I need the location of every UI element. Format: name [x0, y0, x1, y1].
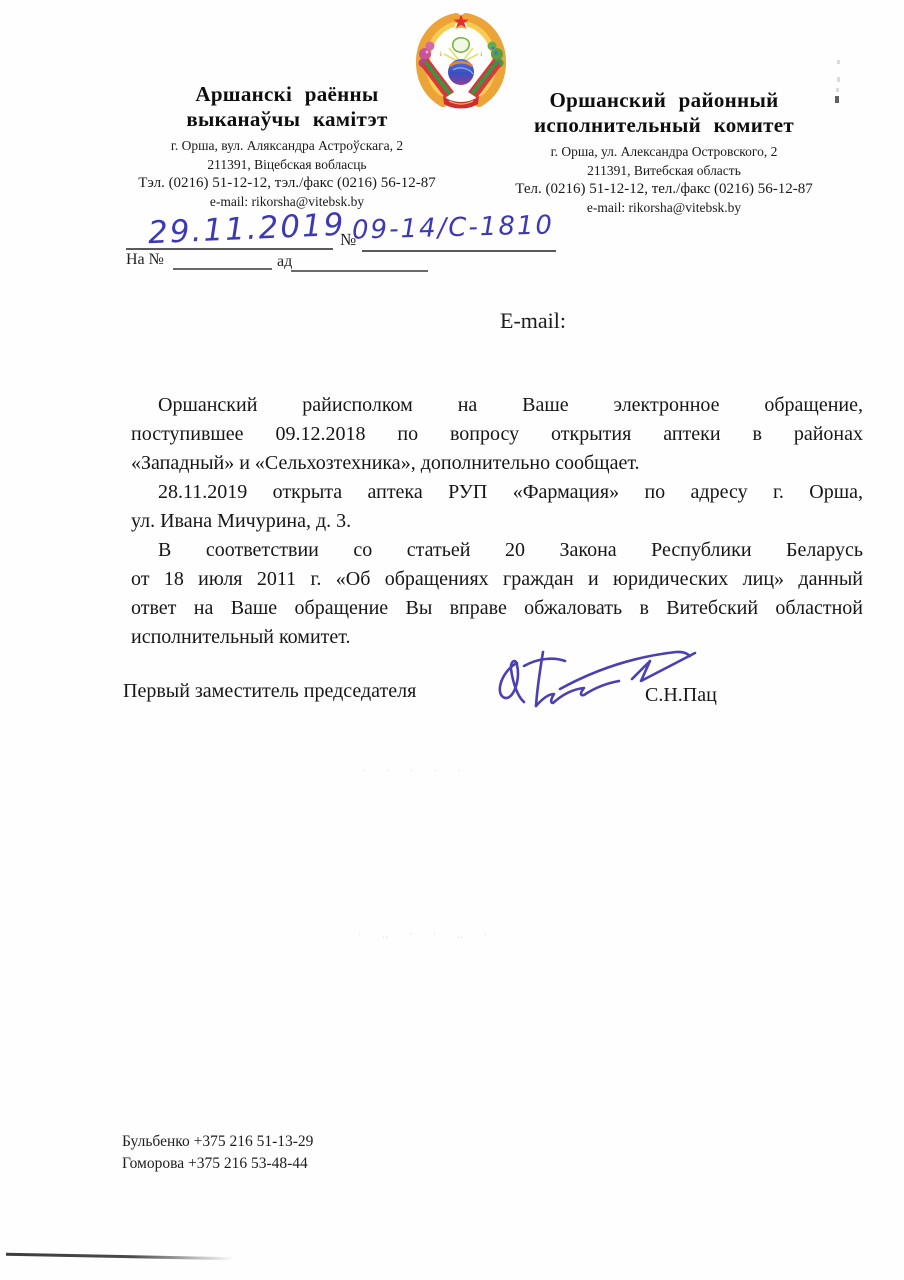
org-title-ru-line1: Оршанский районный [474, 88, 854, 113]
date-underline [126, 248, 333, 250]
scan-speck [837, 60, 840, 64]
scan-speck-row: · · · · · [362, 766, 470, 777]
letter-body: Оршанский райисполком на Ваше электронно… [131, 391, 863, 652]
from-date-label: ад [277, 253, 292, 271]
org-phone-by: Тэл. (0216) 51-12-12, тэл./факс (0216) 5… [97, 174, 477, 193]
letterhead-belarusian-column: Аршанскі раённы выканаўчы камітэт г. Орш… [97, 82, 477, 211]
executor-contact-1: Бульбенко +375 216 51-13-29 [122, 1131, 313, 1153]
org-address-ru-street: г. Орша, ул. Александра Островского, 2 [474, 143, 854, 162]
body-line: ответ на Ваше обращение Вы вправе обжало… [131, 594, 863, 623]
org-address-by-street: г. Орша, вул. Аляксандра Астроўскага, 2 [97, 137, 477, 156]
signer-position-title: Первый заместитель председателя [123, 680, 416, 703]
on-number-underline [173, 268, 272, 270]
handwritten-outgoing-number: 09-14/С-1810 [352, 210, 555, 245]
org-address-ru-city: 211391, Витебская область [474, 162, 854, 181]
scan-speck [836, 88, 839, 92]
org-phone-ru: Тел. (0216) 51-12-12, тел./факс (0216) 5… [474, 180, 854, 199]
scan-speck [835, 96, 839, 103]
org-title-by-line1: Аршанскі раённы [97, 82, 477, 107]
scan-artifact-line [6, 1253, 234, 1260]
letterhead-russian-column: Оршанский районный исполнительный комите… [474, 88, 854, 217]
scan-speck [837, 77, 840, 82]
body-line: В соответствии со статьей 20 Закона Респ… [131, 536, 863, 565]
from-date-underline [291, 270, 428, 272]
body-line: «Западный» и «Сельхозтехника», дополните… [131, 449, 863, 478]
org-address-by-city: 211391, Віцебская вобласць [97, 156, 477, 175]
body-line: ул. Ивана Мичурина, д. 3. [131, 507, 863, 536]
signer-name: С.Н.Пац [645, 684, 717, 707]
number-underline [362, 250, 556, 252]
on-number-label: На № [126, 251, 164, 269]
executor-contact-2: Гоморова +375 216 53-48-44 [122, 1153, 313, 1175]
scan-speck-row: · ‥ · · ‥ · [358, 930, 496, 941]
scanned-letter-page: Аршанскі раённы выканаўчы камітэт г. Орш… [0, 0, 904, 1280]
org-title-ru-line2: исполнительный комитет [474, 113, 854, 138]
body-line: 28.11.2019 открыта аптека РУП «Фармация»… [131, 478, 863, 507]
org-title-by-line2: выканаўчы камітэт [97, 107, 477, 132]
recipient-email-label: E-mail: [500, 308, 566, 334]
executor-contacts: Бульбенко +375 216 51-13-29 Гоморова +37… [122, 1131, 313, 1174]
body-line: поступившее 09.12.2018 по вопросу открыт… [131, 420, 863, 449]
body-line: от 18 июля 2011 г. «Об обращениях гражда… [131, 565, 863, 594]
body-line: Оршанский райисполком на Ваше электронно… [131, 391, 863, 420]
handwritten-date: 29.11.2019 [147, 207, 346, 252]
